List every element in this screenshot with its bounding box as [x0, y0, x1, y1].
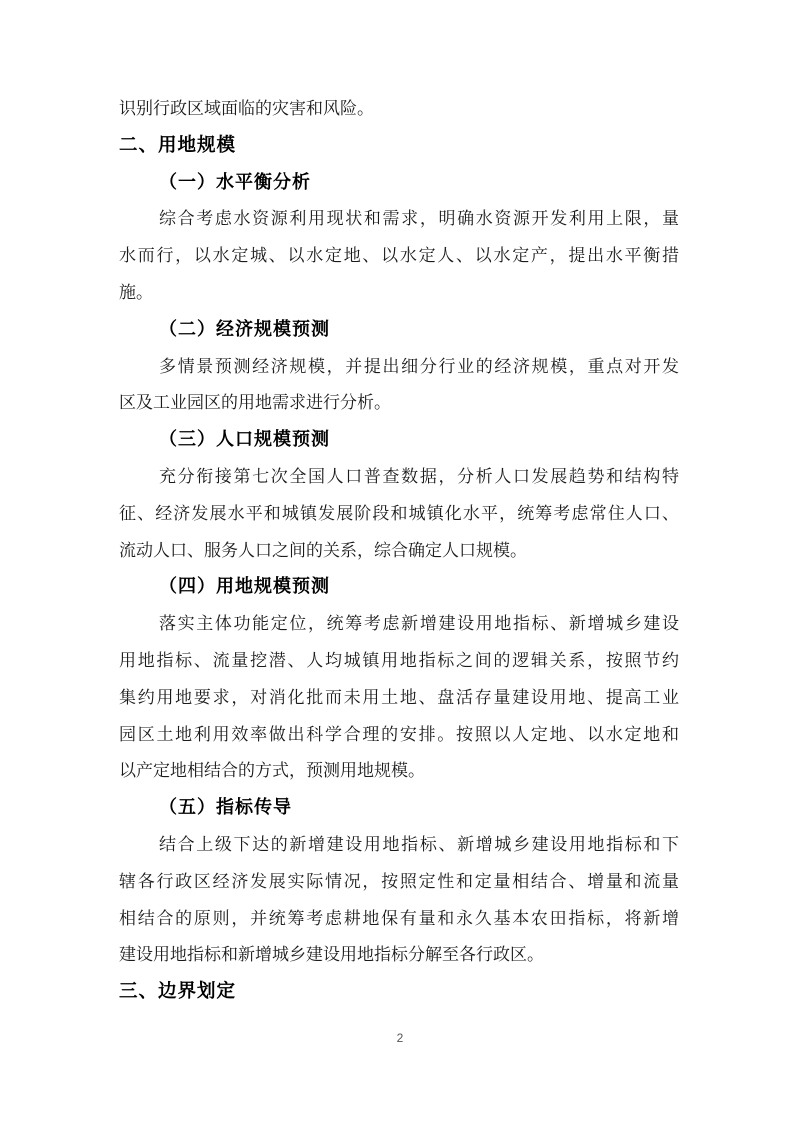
paragraph-line: 以产定地相结合的方式，预测用地规模。	[119, 753, 679, 790]
page-content: 识别行政区域面临的灾害和风险。 二、用地规模 （一）水平衡分析 综合考虑水资源利…	[119, 91, 679, 1011]
paragraph-line: 充分衔接第七次全国人口普查数据，分析人口发展趋势和结构特	[119, 459, 679, 496]
paragraph-line: 建设用地指标和新增城乡建设用地指标分解至各行政区。	[119, 937, 679, 974]
paragraph-line: 征、经济发展水平和城镇发展阶段和城镇化水平，统筹考虑常住人口、	[119, 496, 679, 533]
subsection-heading-economic-forecast: （二）经济规模预测	[119, 312, 679, 349]
paragraph-line: 用地指标、流量挖潜、人均城镇用地指标之间的逻辑关系，按照节约	[119, 643, 679, 680]
document-page: 识别行政区域面临的灾害和风险。 二、用地规模 （一）水平衡分析 综合考虑水资源利…	[0, 0, 800, 1132]
section-heading-land-scale: 二、用地规模	[119, 128, 679, 165]
paragraph-line: 流动人口、服务人口之间的关系，综合确定人口规模。	[119, 533, 679, 570]
paragraph-line: 施。	[119, 275, 679, 312]
paragraph-line: 区及工业园区的用地需求进行分析。	[119, 385, 679, 422]
paragraph-line: 相结合的原则，并统筹考虑耕地保有量和永久基本农田指标，将新增	[119, 901, 679, 938]
paragraph-line: 多情景预测经济规模，并提出细分行业的经济规模，重点对开发	[119, 349, 679, 386]
subsection-heading-water-balance: （一）水平衡分析	[119, 165, 679, 202]
subsection-heading-land-forecast: （四）用地规模预测	[119, 569, 679, 606]
paragraph-line: 辖各行政区经济发展实际情况，按照定性和定量相结合、增量和流量	[119, 864, 679, 901]
paragraph-line: 落实主体功能定位，统筹考虑新增建设用地指标、新增城乡建设	[119, 606, 679, 643]
paragraph-line: 集约用地要求，对消化批而未用土地、盘活存量建设用地、提高工业	[119, 680, 679, 717]
page-number: 2	[394, 1031, 406, 1045]
paragraph-line: 园区土地利用效率做出科学合理的安排。按照以人定地、以水定地和	[119, 717, 679, 754]
paragraph-line: 水而行，以水定城、以水定地、以水定人、以水定产，提出水平衡措	[119, 238, 679, 275]
paragraph-line: 识别行政区域面临的灾害和风险。	[119, 91, 679, 128]
paragraph-line: 结合上级下达的新增建设用地指标、新增城乡建设用地指标和下	[119, 827, 679, 864]
subsection-heading-population-forecast: （三）人口规模预测	[119, 422, 679, 459]
paragraph-line: 综合考虑水资源利用现状和需求，明确水资源开发利用上限，量	[119, 201, 679, 238]
subsection-heading-indicator-transmission: （五）指标传导	[119, 790, 679, 827]
section-heading-boundary: 三、边界划定	[119, 974, 679, 1011]
